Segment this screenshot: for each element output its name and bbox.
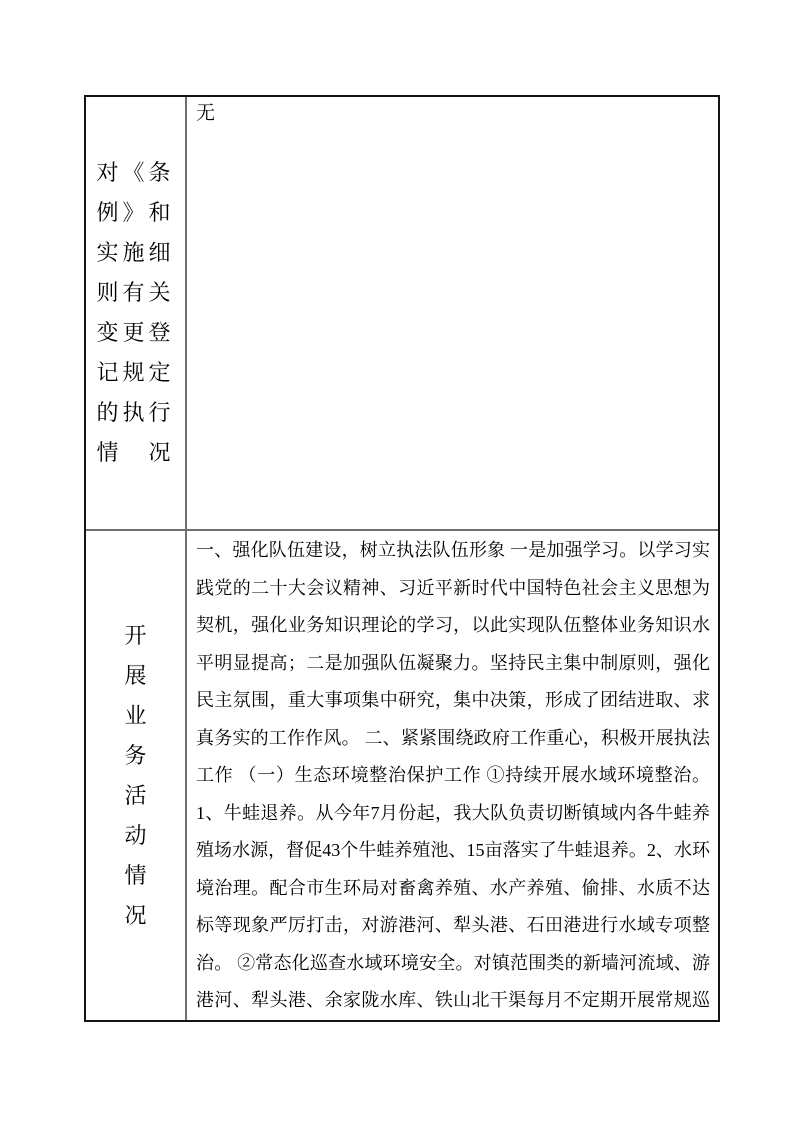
label-line: 的执行 bbox=[96, 393, 174, 433]
no-change-text: 无 bbox=[196, 99, 710, 129]
label-line: 实施细 bbox=[96, 233, 174, 273]
label-line: 情 bbox=[124, 856, 146, 896]
content-line: 真务实的工作作风。 二、紧紧围绕政府工作重心，积极开展执法 bbox=[196, 720, 710, 758]
label-line: 记规定 bbox=[96, 353, 174, 393]
content-line: 践党的二十大会议精神、习近平新时代中国特色社会主义思想为 bbox=[196, 570, 710, 608]
compliance-report-table: 对《条 例》和 实施细 则有关 变更登 记规定 的执行 情 况 无 开 展 业 … bbox=[84, 95, 720, 1022]
business-activities-content-cell: 一、强化队伍建设，树立执法队伍形象 一是加强学习。以学习实 践党的二十大会议精神… bbox=[187, 531, 718, 1020]
content-line: 契机，强化业务知识理论的学习，以此实现队伍整体业务知识水 bbox=[196, 607, 710, 645]
content-line: 标等现象严厉打击，对游港河、犁头港、石田港进行水域专项整 bbox=[196, 907, 710, 945]
change-registration-content-cell: 无 bbox=[187, 97, 718, 531]
content-line: 工作 （一）生态环境整治保护工作 ①持续开展水域环境整治。 bbox=[196, 757, 710, 795]
content-line: 港河、犁头港、余家陇水库、铁山北干渠每月不定期开展常规巡 bbox=[196, 982, 710, 1020]
label-line: 开 bbox=[124, 616, 146, 656]
label-line: 业 bbox=[124, 696, 146, 736]
label-line: 例》和 bbox=[96, 193, 174, 233]
label-line: 务 bbox=[124, 736, 146, 776]
label-line: 况 bbox=[124, 896, 146, 936]
label-line: 对《条 bbox=[96, 153, 174, 193]
business-activities-label-cell: 开 展 业 务 活 动 情 况 bbox=[86, 531, 187, 1020]
label-line: 动 bbox=[124, 816, 146, 856]
label-line: 活 bbox=[124, 776, 146, 816]
content-line: 殖场水源，督促43个牛蛙养殖池、15亩落实了牛蛙退养。2、水环 bbox=[196, 832, 710, 870]
content-line: 治。 ②常态化巡查水域环境安全。对镇范围类的新墙河流域、游 bbox=[196, 945, 710, 983]
content-line: 平明显提高；二是加强队伍凝聚力。坚持民主集中制原则，强化 bbox=[196, 645, 710, 683]
change-registration-label-cell: 对《条 例》和 实施细 则有关 变更登 记规定 的执行 情 况 bbox=[86, 97, 187, 531]
content-line: 民主氛围，重大事项集中研究，集中决策，形成了团结进取、求 bbox=[196, 682, 710, 720]
label-line: 变更登 bbox=[96, 313, 174, 353]
label-line: 情 况 bbox=[96, 433, 174, 473]
content-line: 境治理。配合市生环局对畜禽养殖、水产养殖、偷排、水质不达 bbox=[196, 870, 710, 908]
label-line: 展 bbox=[124, 656, 146, 696]
content-line: 1、牛蛙退养。从今年7月份起，我大队负责切断镇域内各牛蛙养 bbox=[196, 795, 710, 833]
content-line: 一、强化队伍建设，树立执法队伍形象 一是加强学习。以学习实 bbox=[196, 532, 710, 570]
label-line: 则有关 bbox=[96, 273, 174, 313]
